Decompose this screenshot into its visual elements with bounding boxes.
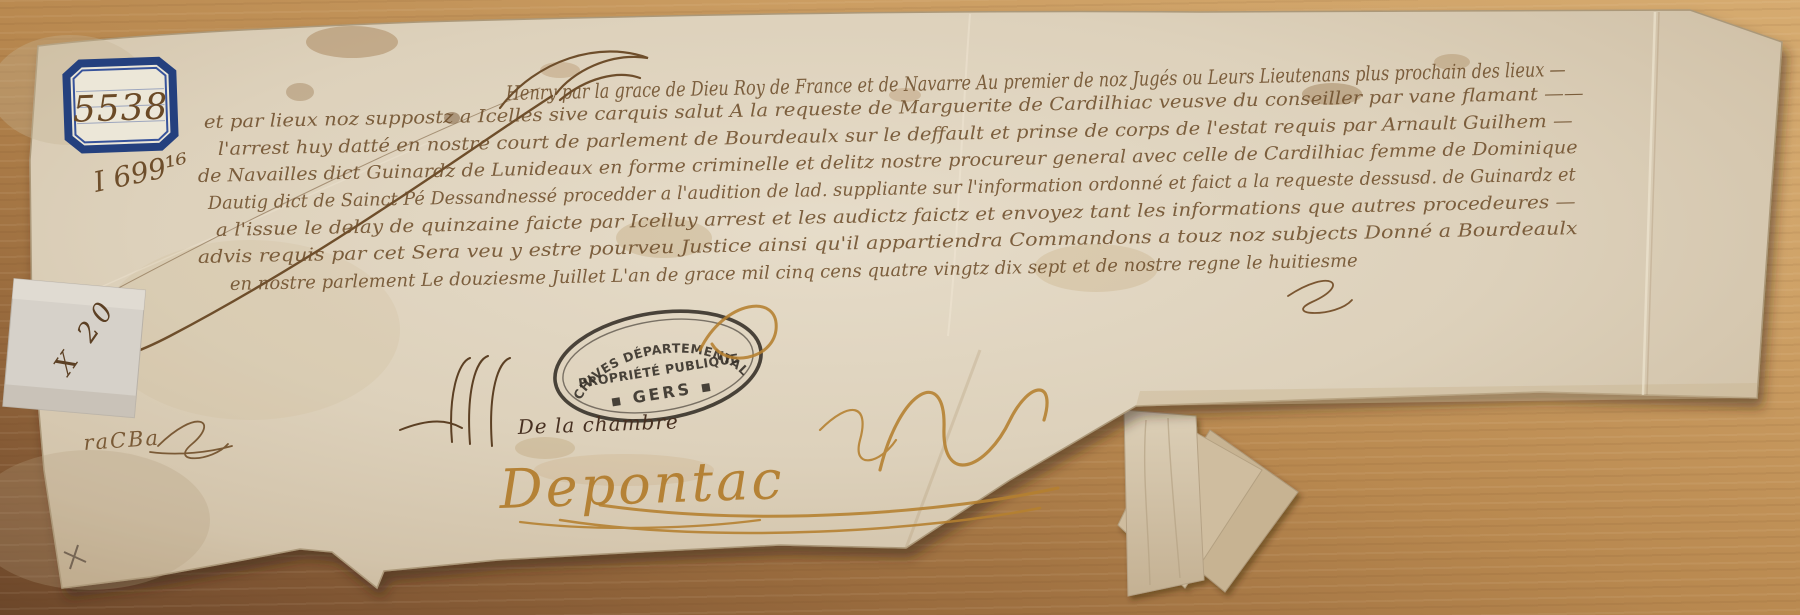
repair-strip: X 20 <box>3 279 146 418</box>
cote-number: 5538 <box>72 86 169 130</box>
seal-tail-front <box>1124 410 1204 596</box>
archive-cote-label: 5538 <box>66 60 175 150</box>
wood-table-background: Henry par la grace de Dieu Roy de France… <box>0 0 1800 615</box>
seal-tongue-tails <box>1118 410 1298 596</box>
photo-canvas: Henry par la grace de Dieu Roy de France… <box>0 0 1800 615</box>
